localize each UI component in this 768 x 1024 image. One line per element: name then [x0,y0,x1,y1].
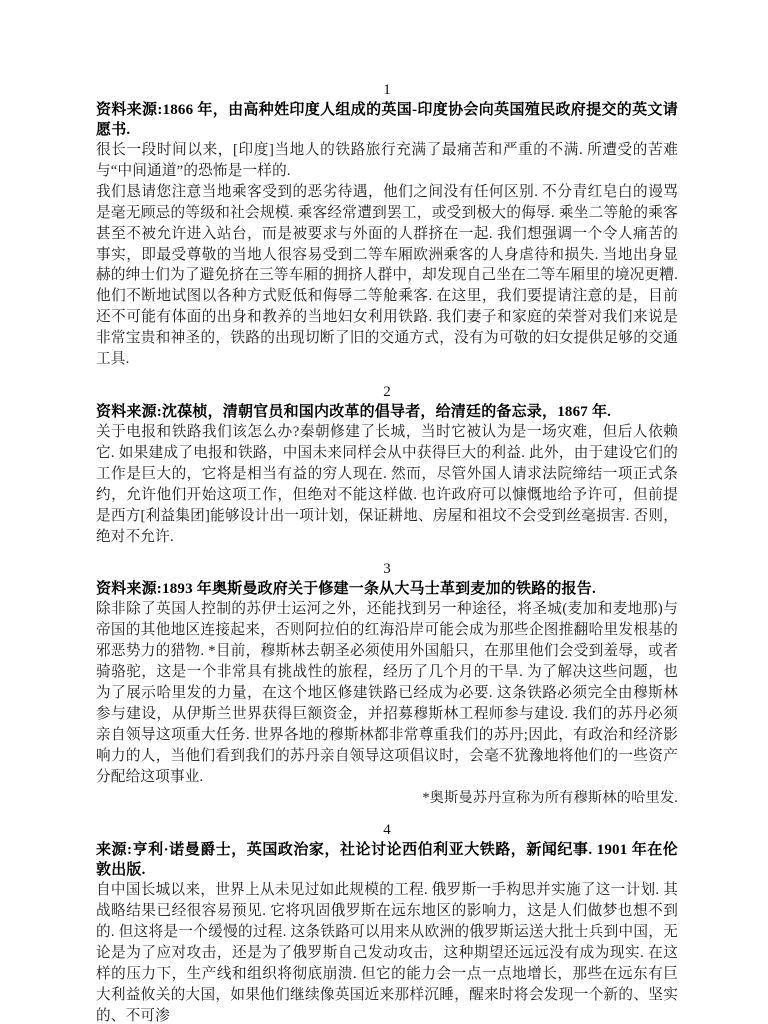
source-section-4: 4 来源:亨利·诺曼爵士，英国政治家，社论讨论西伯利亚大铁路，新闻纪事. 190… [96,820,678,1024]
section-heading: 资料来源:1866 年，由高种姓印度人组成的英国-印度协会向英国殖民政府提交的英… [96,100,678,140]
section-heading: 资料来源:1893 年奥斯曼政府关于修建一条从大马士革到麦加的铁路的报告. [96,579,678,599]
section-number: 3 [96,559,678,579]
section-paragraph: 我们恳请您注意当地乘客受到的恶劣待遇，他们之间没有任何区别. 不分青红皂白的谩骂… [96,182,678,370]
section-footnote: *奥斯曼苏丹宣称为所有穆斯林的哈里发. [96,788,678,809]
section-paragraph: 关于电报和铁路我们该怎么办?秦朝修建了长城，当时它被认为是一场灾难，但后人依赖它… [96,422,678,547]
section-paragraph: 自中国长城以来，世界上从未见过如此规模的工程. 俄罗斯一手构思并实施了这一计划.… [96,880,678,1024]
source-section-2: 2 资料来源:沈葆桢，清朝官员和国内改革的倡导者，给清廷的备忘录，1867 年.… [96,382,678,547]
section-number: 1 [96,80,678,100]
source-section-1: 1 资料来源:1866 年，由高种姓印度人组成的英国-印度协会向英国殖民政府提交… [96,80,678,370]
document-page: 1 资料来源:1866 年，由高种姓印度人组成的英国-印度协会向英国殖民政府提交… [0,0,768,1024]
section-number: 4 [96,820,678,840]
section-paragraph: 除非除了英国人控制的苏伊士运河之外，还能找到另一种途径，将圣城(麦加和麦地那)与… [96,599,678,787]
section-number: 2 [96,382,678,402]
section-paragraph: 很长一段时间以来，[印度]当地人的铁路旅行充满了最痛苦和严重的不满. 所遭受的苦… [96,140,678,182]
section-heading: 资料来源:沈葆桢，清朝官员和国内改革的倡导者，给清廷的备忘录，1867 年. [96,402,678,422]
source-section-3: 3 资料来源:1893 年奥斯曼政府关于修建一条从大马士革到麦加的铁路的报告. … [96,559,678,808]
section-heading: 来源:亨利·诺曼爵士，英国政治家，社论讨论西伯利亚大铁路，新闻纪事. 1901 … [96,840,678,880]
